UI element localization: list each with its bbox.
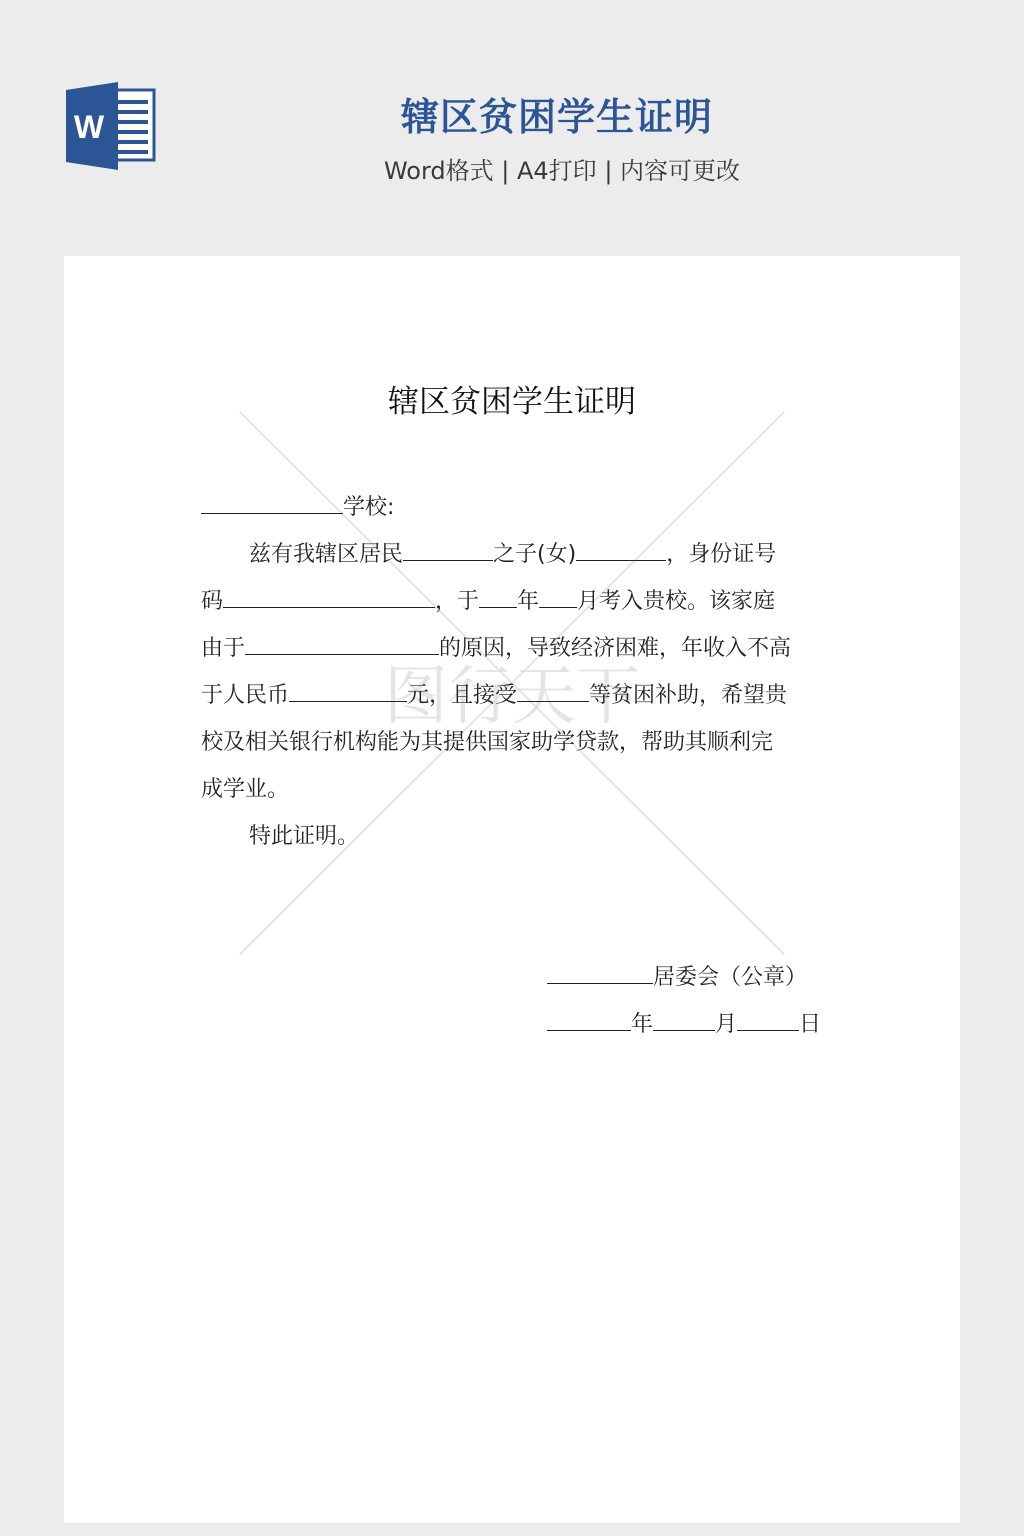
resident-name-blank[interactable] bbox=[403, 532, 493, 561]
enroll-year-blank[interactable] bbox=[479, 579, 517, 608]
document-body: 学校: 兹有我辖区居民之子(女)，身份证号 码，于年月考入贵校。该家庭 由于的原… bbox=[201, 484, 831, 860]
document-page: 图行天下 辖区贫困学生证明 学校: 兹有我辖区居民之子(女)，身份证号 码，于年… bbox=[64, 256, 960, 1523]
sign-year-blank[interactable] bbox=[547, 1002, 631, 1031]
signature-date-line: 年月日 bbox=[547, 1001, 847, 1048]
header-title: 辖区贫困学生证明 bbox=[300, 92, 814, 142]
sign-day-blank[interactable] bbox=[737, 1002, 799, 1031]
signature-block: 居委会（公章） 年月日 bbox=[547, 954, 847, 1048]
committee-name-blank[interactable] bbox=[547, 955, 653, 984]
word-document-icon: W bbox=[64, 80, 156, 172]
paragraph-line-3: 由于的原因，导致经济困难，年收入不高 bbox=[201, 625, 831, 672]
salutation-line: 学校: bbox=[201, 484, 831, 531]
enroll-month-blank[interactable] bbox=[539, 579, 577, 608]
paragraph-line-2: 码，于年月考入贵校。该家庭 bbox=[201, 578, 831, 625]
id-number-blank[interactable] bbox=[223, 579, 435, 608]
student-name-blank[interactable] bbox=[576, 532, 666, 561]
closing-line: 特此证明。 bbox=[201, 813, 831, 860]
signature-org-line: 居委会（公章） bbox=[547, 954, 847, 1001]
paragraph-line-1: 兹有我辖区居民之子(女)，身份证号 bbox=[201, 531, 831, 578]
income-amount-blank[interactable] bbox=[289, 673, 407, 702]
header-subtitle: Word格式 | A4打印 | 内容可更改 bbox=[300, 154, 824, 188]
document-title: 辖区贫困学生证明 bbox=[64, 382, 960, 422]
sign-month-blank[interactable] bbox=[653, 1002, 715, 1031]
reason-blank[interactable] bbox=[245, 626, 439, 655]
paragraph-line-6: 成学业。 bbox=[201, 766, 831, 813]
subsidy-type-blank[interactable] bbox=[517, 673, 589, 702]
paragraph-line-5: 校及相关银行机构能为其提供国家助学贷款，帮助其顺利完 bbox=[201, 719, 831, 766]
svg-text:W: W bbox=[74, 109, 105, 145]
school-name-blank[interactable] bbox=[201, 485, 343, 514]
watermark: 图行天下 bbox=[64, 256, 960, 1523]
paragraph-line-4: 于人民币元，且接受等贫困补助，希望贵 bbox=[201, 672, 831, 719]
